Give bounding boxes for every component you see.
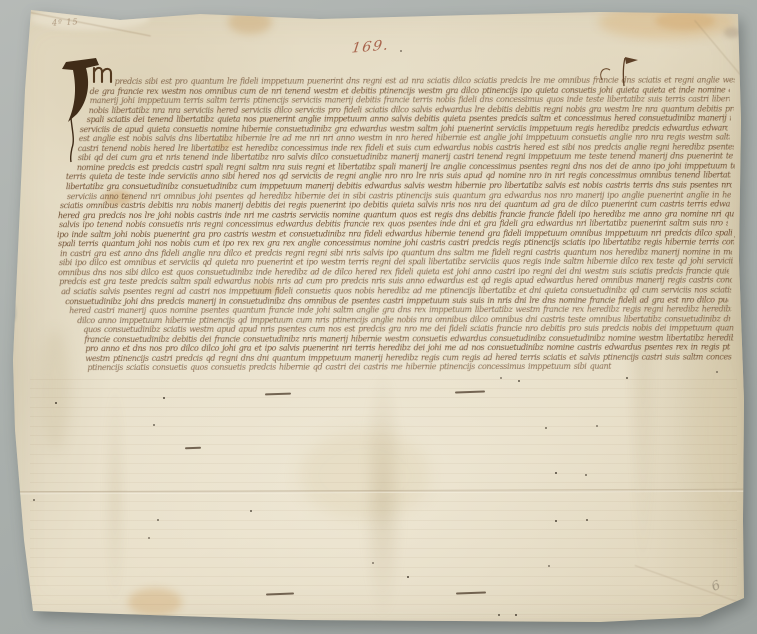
parchment-stain (655, 12, 715, 30)
ink-speck (586, 519, 588, 521)
ink-speck (518, 380, 520, 382)
ink-speck (153, 424, 155, 426)
ink-speck (250, 510, 252, 512)
parchment-stain (4, 300, 16, 326)
ink-speck (400, 50, 402, 52)
parchment-stain (228, 10, 272, 34)
ink-speck (626, 377, 628, 379)
ink-speck (596, 425, 598, 427)
ink-speck (555, 472, 557, 474)
ink-speck (500, 377, 502, 379)
ink-speck (372, 562, 374, 564)
ink-speck (148, 537, 150, 539)
flourish-flag (625, 57, 638, 64)
ink-speck (548, 565, 550, 567)
parchment-stain (6, 94, 22, 116)
parchment-shadow-wrap: 4º 15 169. predcis sibi est pro quantum … (0, 0, 757, 634)
ink-speck (33, 499, 35, 501)
ink-speck (545, 427, 547, 429)
photo-background: 4º 15 169. predcis sibi est pro quantum … (0, 0, 757, 634)
shelfmark-annotation: 4º 15 (52, 17, 79, 27)
ink-speck (716, 371, 718, 373)
corner-smudge-mark (724, 27, 740, 38)
ink-speck (585, 474, 587, 476)
ink-speck (163, 397, 165, 399)
ink-speck (515, 614, 517, 616)
parchment-sheet: 4º 15 169. predcis sibi est pro quantum … (0, 0, 757, 634)
ink-speck (498, 614, 500, 616)
ink-speck (55, 402, 57, 404)
charter-text-block: predcis sibi est pro quantum lre fideli … (57, 75, 736, 373)
parchment-stain (30, 6, 150, 30)
script-line: ptinencijs sciatis consuetis quos consue… (87, 362, 611, 373)
ink-speck (157, 519, 159, 521)
ink-speck (407, 576, 409, 578)
ink-speck (555, 520, 557, 522)
archival-number: 169. (351, 37, 391, 56)
